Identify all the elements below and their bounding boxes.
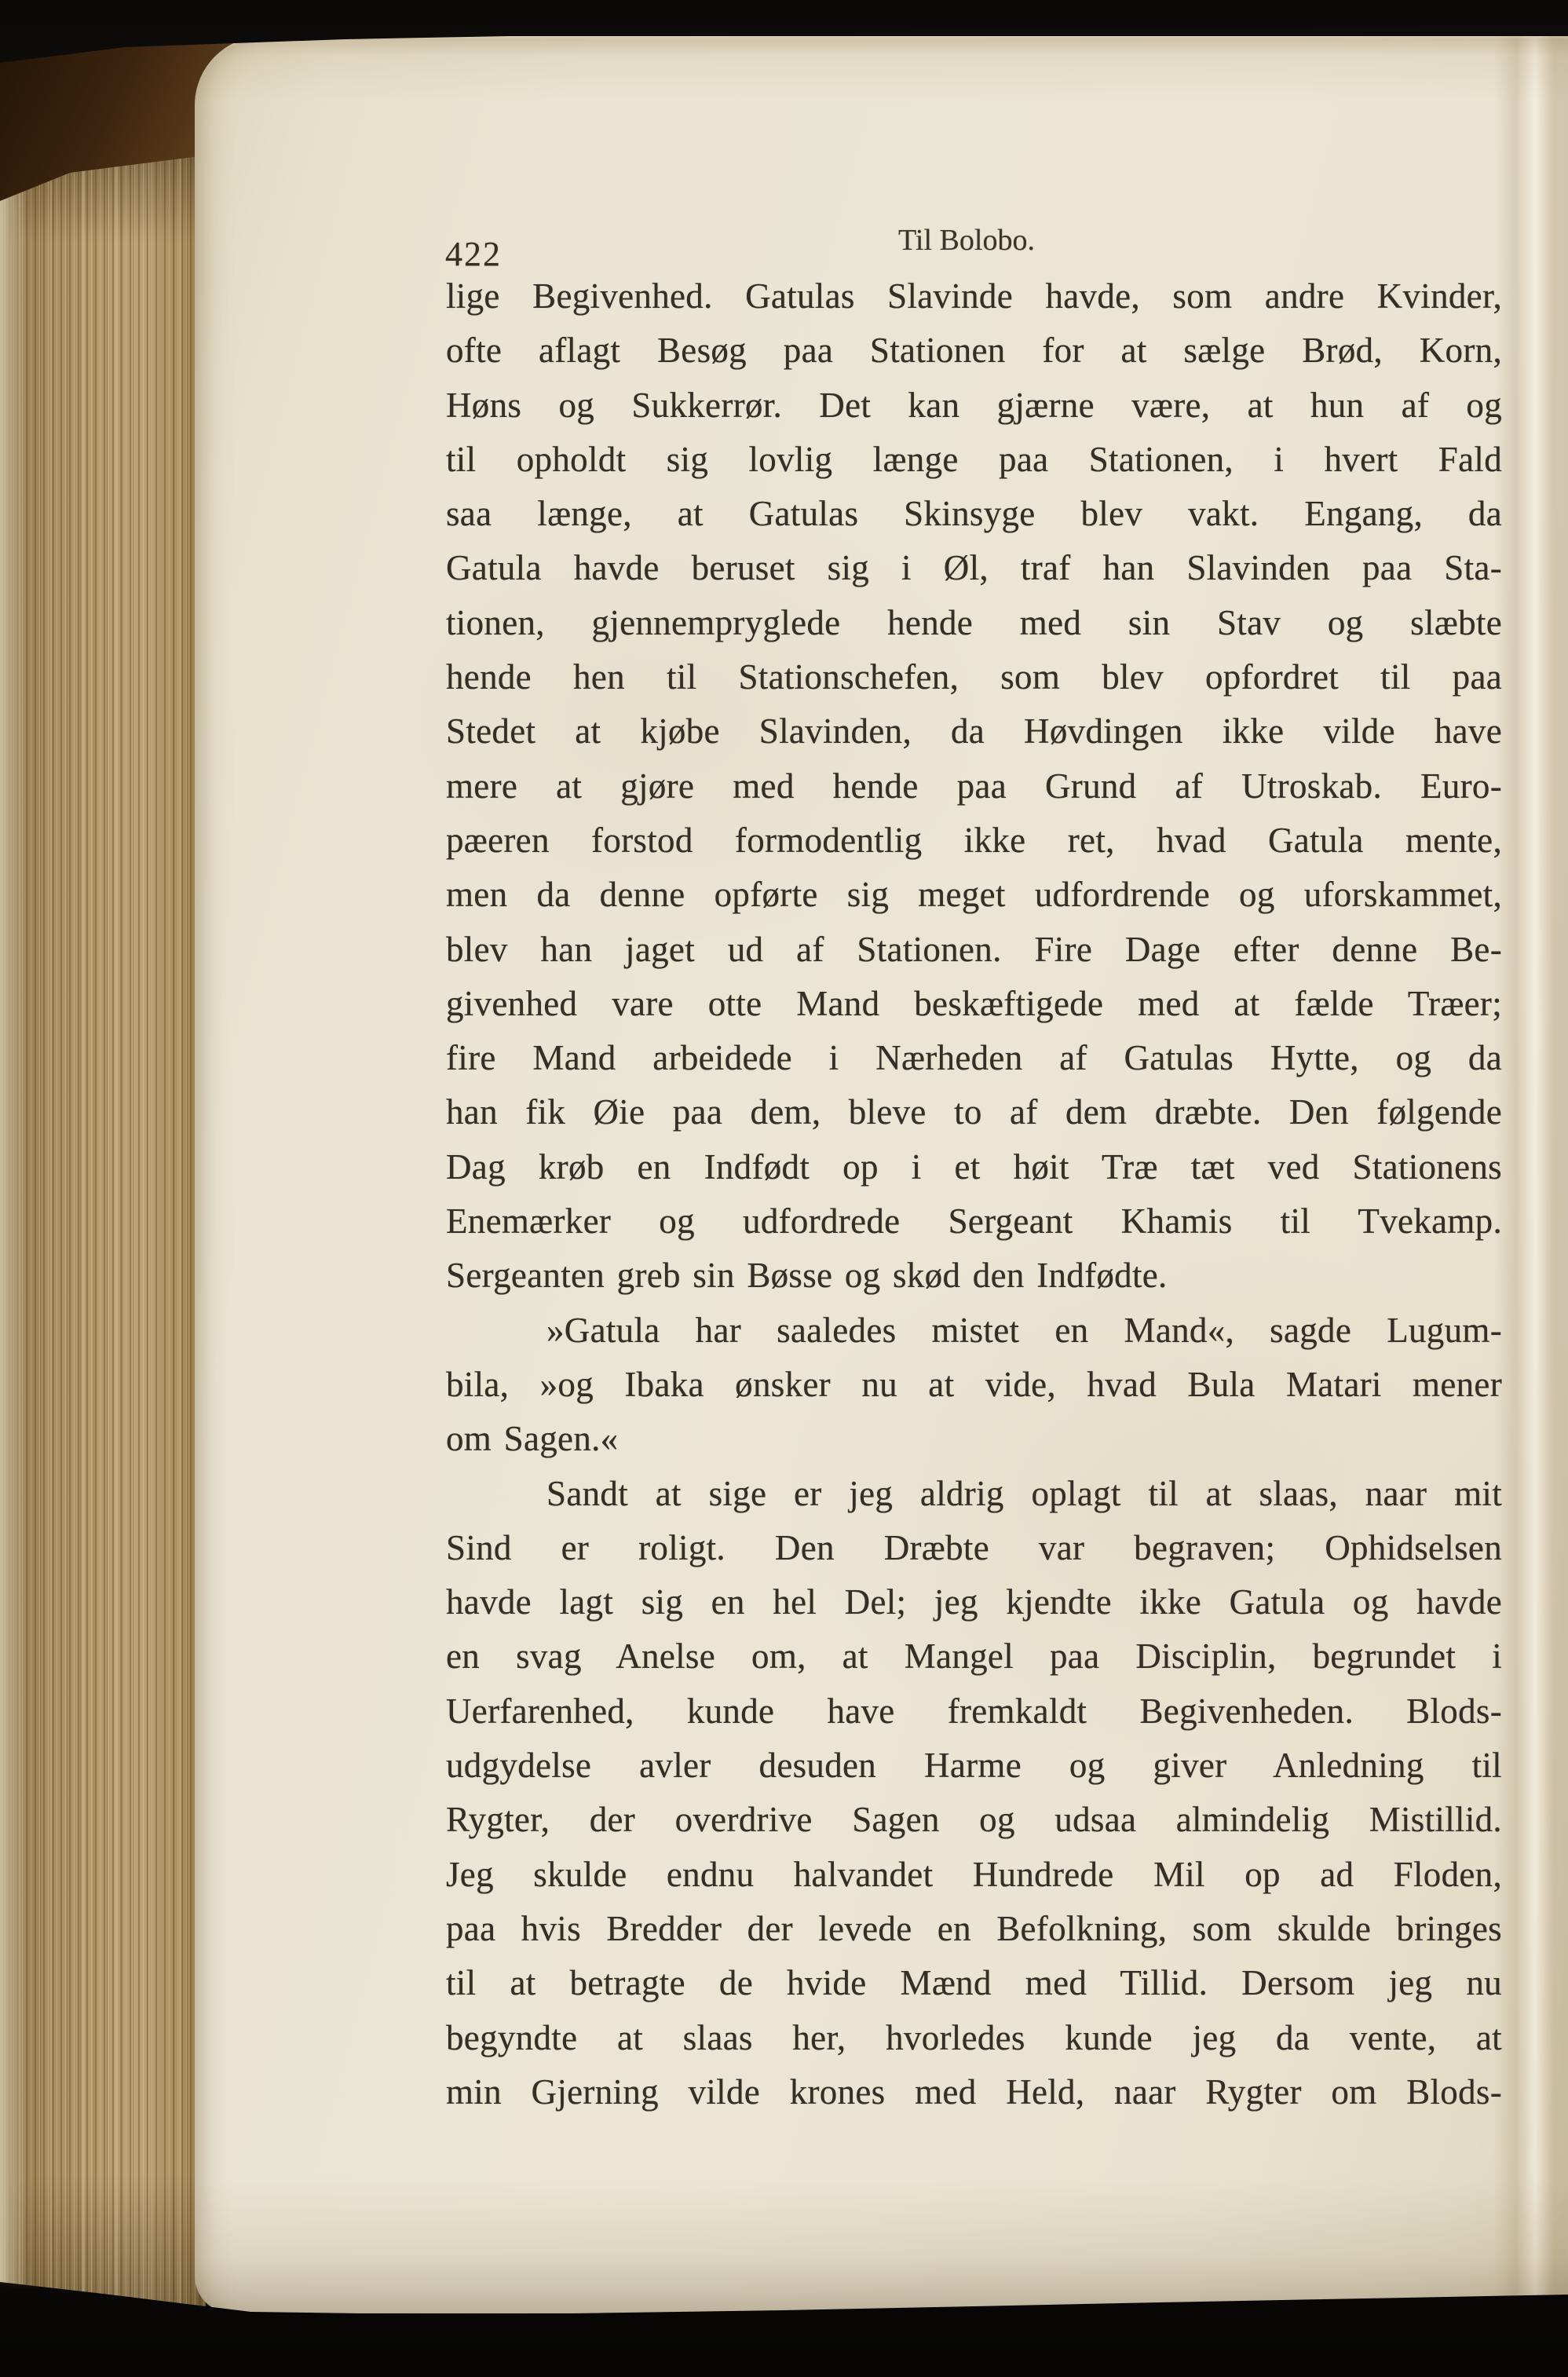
body-text: lige Begivenhed. Gatulas Slavinde havde,… [446, 269, 1502, 2119]
text-line: Sergeanten greb sin Bøsse og skød den In… [446, 1249, 1502, 1303]
text-line: mere at gjøre med hende paa Grund af Utr… [446, 759, 1502, 814]
text-line: Gatula havde beruset sig i Øl, traf han … [446, 541, 1502, 595]
text-line: Sind er roligt. Den Dræbte var begraven;… [446, 1521, 1502, 1575]
text-line: Jeg skulde endnu halvandet Hundrede Mil … [446, 1848, 1502, 1902]
text-line: om Sagen.« [446, 1412, 1502, 1466]
text-line: Rygter, der overdrive Sagen og udsaa alm… [446, 1793, 1502, 1847]
text-line: til at betragte de hvide Mænd med Tillid… [446, 1956, 1502, 2010]
page-number: 422 [445, 234, 502, 274]
text-line: hende hen til Stationschefen, som blev o… [446, 650, 1502, 704]
text-line: lige Begivenhed. Gatulas Slavinde havde,… [446, 269, 1502, 324]
text-line: ofte aflagt Besøg paa Stationen for at s… [446, 324, 1502, 378]
text-line: pæeren forstod formodentlig ikke ret, hv… [446, 814, 1502, 868]
text-line: Dag krøb en Indfødt op i et høit Træ tæt… [446, 1140, 1502, 1194]
text-line: min Gjerning vilde krones med Held, naar… [446, 2065, 1502, 2119]
text-line: blev han jaget ud af Stationen. Fire Dag… [446, 923, 1502, 977]
book-photo: 422 Til Bolobo. lige Begivenhed. Gatulas… [0, 0, 1568, 2377]
text-line: udgydelse avler desuden Harme og giver A… [446, 1739, 1502, 1793]
text-line: Uerfarenhed, kunde have fremkaldt Begive… [446, 1684, 1502, 1739]
text-line: Enemærker og udfordrede Sergeant Khamis … [446, 1194, 1502, 1249]
text-line: til opholdt sig lovlig længe paa Station… [446, 433, 1502, 487]
text-line: men da denne opførte sig meget udfordren… [446, 868, 1502, 922]
text-line: en svag Anelse om, at Mangel paa Discipl… [446, 1629, 1502, 1684]
text-line: begyndte at slaas her, hvorledes kunde j… [446, 2011, 1502, 2065]
text-line: Stedet at kjøbe Slavinden, da Høvdingen … [446, 704, 1502, 759]
text-line: paa hvis Bredder der levede en Befolknin… [446, 1902, 1502, 1956]
text-line: saa længe, at Gatulas Skinsyge blev vakt… [446, 487, 1502, 541]
text-line: Høns og Sukkerrør. Det kan gjærne være, … [446, 378, 1502, 433]
text-line: fire Mand arbeidede i Nærheden af Gatula… [446, 1031, 1502, 1085]
book-page: 422 Til Bolobo. lige Begivenhed. Gatulas… [195, 36, 1568, 2313]
running-title: Til Bolobo. [898, 223, 1035, 258]
page-stack-fore-edge [0, 155, 206, 2326]
text-line: givenhed vare otte Mand beskæftigede med… [446, 977, 1502, 1031]
text-line: havde lagt sig en hel Del; jeg kjendte i… [446, 1575, 1502, 1629]
text-line: »Gatula har saaledes mistet en Mand«, sa… [446, 1304, 1502, 1358]
text-line: bila, »og Ibaka ønsker nu at vide, hvad … [446, 1358, 1502, 1412]
text-line: Sandt at sige er jeg aldrig oplagt til a… [446, 1467, 1502, 1521]
text-line: han fik Øie paa dem, bleve to af dem dræ… [446, 1085, 1502, 1139]
text-line: tionen, gjennempryglede hende med sin St… [446, 596, 1502, 650]
